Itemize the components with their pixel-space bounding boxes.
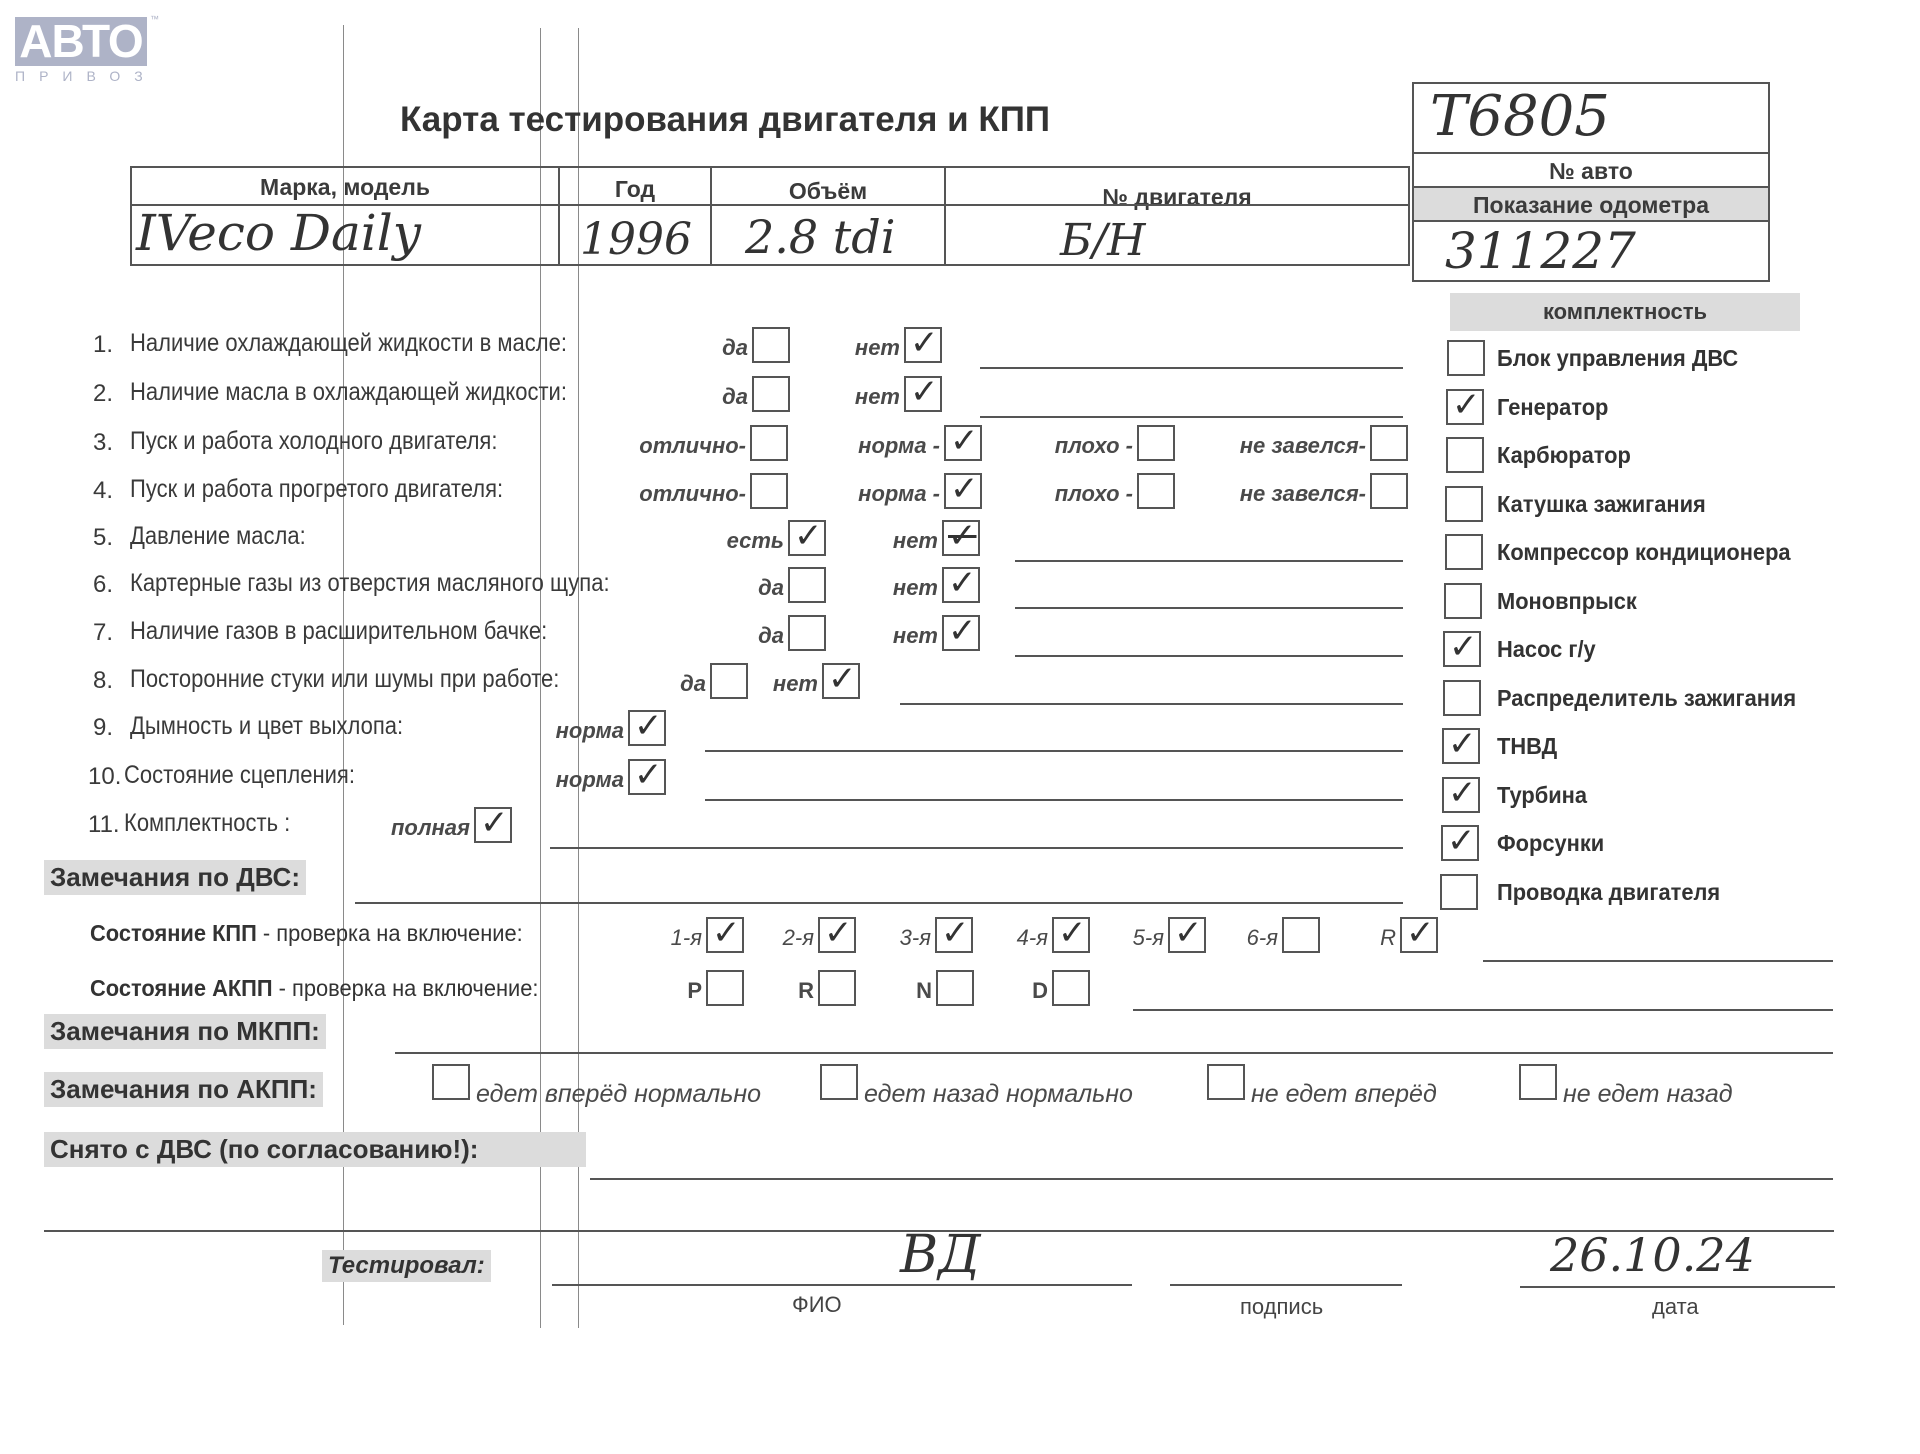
completeness-item-label: Компрессор кондиционера [1497, 539, 1791, 566]
option-label: плохо - [1055, 433, 1133, 459]
option-checkbox[interactable]: ✓ [942, 520, 980, 556]
completeness-checkbox[interactable] [1443, 680, 1481, 716]
auto-remark-checkbox[interactable] [432, 1064, 470, 1100]
position-checkbox[interactable] [936, 970, 974, 1006]
completeness-checkbox[interactable]: ✓ [1442, 728, 1480, 764]
volume-value[interactable]: 2.8 tdi [745, 210, 895, 264]
option-checkbox[interactable] [750, 425, 788, 461]
remarks-manual-field[interactable] [395, 1052, 1833, 1054]
option-checkbox[interactable] [788, 567, 826, 603]
row-number: 1. [93, 331, 113, 359]
gear-label: 3-я [900, 925, 931, 951]
date-value[interactable]: 26.10.24 [1550, 1228, 1755, 1282]
option-label: полная [391, 815, 470, 841]
engine-no-label: № двигателя [944, 184, 1410, 211]
option-label: да [758, 575, 784, 601]
auto-remark-checkbox[interactable] [1519, 1064, 1557, 1100]
remarks-engine-field[interactable] [355, 902, 1403, 904]
option-label: отлично- [639, 433, 746, 459]
notes-field[interactable] [1015, 655, 1403, 657]
year-label: Год [558, 176, 712, 203]
option-label: нет [855, 335, 900, 361]
auto-remark-label: едет вперёд нормально [476, 1080, 761, 1109]
option-checkbox[interactable]: ✓ [904, 376, 942, 412]
completeness-item-label: Распределитель зажигания [1497, 685, 1796, 712]
option-label: нет [893, 575, 938, 601]
option-checkbox[interactable] [752, 376, 790, 412]
row-label: Состояние сцепления: [124, 761, 355, 790]
gear-checkbox[interactable]: ✓ [706, 917, 744, 953]
gear-checkbox[interactable]: ✓ [1168, 917, 1206, 953]
removed-label: Снято с ДВС (по согласованию!): [44, 1132, 586, 1167]
auto-gearbox-label: Состояние АКПП - проверка на включение: [90, 975, 538, 1002]
checkmark-icon: ✓ [1448, 724, 1477, 764]
checkmark-icon: ✓ [950, 421, 979, 461]
auto-remark-label: едет назад нормально [864, 1080, 1133, 1109]
option-checkbox[interactable]: ✓ [474, 807, 512, 843]
manual-gearbox-label-bold: Состояние КПП [90, 920, 257, 946]
option-checkbox[interactable] [788, 615, 826, 651]
row-label: Посторонние стуки или шумы при работе: [130, 665, 559, 694]
row-label: Пуск и работа холодного двигателя: [130, 427, 497, 456]
car-no-value[interactable]: T6805 [1430, 84, 1610, 149]
notes-field[interactable] [980, 367, 1403, 369]
page-title: Карта тестирования двигателя и КПП [400, 100, 1050, 140]
checkmark-icon: ✓ [1406, 913, 1435, 953]
row-number: 7. [93, 619, 113, 647]
option-checkbox[interactable]: ✓ [944, 473, 982, 509]
checkmark-icon: ✓ [634, 706, 663, 746]
completeness-item-label: Турбина [1497, 782, 1587, 809]
checkmark-icon: ✓ [941, 913, 970, 953]
option-checkbox[interactable]: ✓ [942, 567, 980, 603]
completeness-item-label: Катушка зажигания [1497, 491, 1706, 518]
completeness-item-label: Моновпрыск [1497, 588, 1637, 615]
position-label: R [798, 978, 814, 1004]
option-checkbox[interactable]: ✓ [944, 425, 982, 461]
car-box-divider [1412, 152, 1770, 154]
option-checkbox[interactable] [1370, 473, 1408, 509]
row-label: Комплектность : [124, 809, 290, 838]
option-label: норма - [858, 433, 940, 459]
position-checkbox[interactable] [1052, 970, 1090, 1006]
position-checkbox[interactable] [818, 970, 856, 1006]
auto-remark-label: не едет вперёд [1251, 1080, 1437, 1109]
option-checkbox[interactable] [710, 663, 748, 699]
tested-by-label: Тестировал: [322, 1250, 491, 1282]
completeness-item-label: Генератор [1497, 394, 1608, 421]
completeness-item-label: Насос г/у [1497, 636, 1596, 663]
completeness-checkbox[interactable] [1446, 437, 1484, 473]
option-label: норма [556, 767, 624, 793]
year-value[interactable]: 1996 [580, 214, 692, 265]
option-checkbox[interactable]: ✓ [822, 663, 860, 699]
row-number: 3. [93, 429, 113, 457]
checkmark-icon: ✓ [948, 563, 977, 603]
gear-checkbox[interactable]: ✓ [818, 917, 856, 953]
completeness-item-label: Проводка двигателя [1497, 879, 1720, 906]
row-label: Давление масла: [130, 522, 306, 551]
manual-gearbox-label: Состояние КПП - проверка на включение: [90, 920, 523, 947]
option-label: отлично- [639, 481, 746, 507]
checkmark-icon: ✓ [910, 323, 939, 363]
auto-gearbox-label-bold: Состояние АКПП [90, 975, 273, 1001]
signature-field[interactable] [1170, 1284, 1402, 1286]
option-label: норма [556, 718, 624, 744]
removed-field[interactable] [590, 1178, 1833, 1180]
make-model-label: Марка, модель [130, 174, 560, 201]
row-number: 8. [93, 667, 113, 695]
option-checkbox[interactable] [1137, 425, 1175, 461]
checkmark-icon: ✓ [828, 659, 857, 699]
option-checkbox[interactable] [750, 473, 788, 509]
row-label: Наличие газов в расширительном бачке: [130, 617, 547, 646]
option-label: есть [727, 528, 784, 554]
date-field-line [1520, 1286, 1835, 1288]
manual-gearbox-label-rest: - проверка на включение: [257, 920, 523, 946]
checkmark-icon: ✓ [712, 913, 741, 953]
position-label: N [916, 978, 932, 1004]
checkmark-icon: ✓ [1452, 385, 1481, 425]
completeness-checkbox[interactable] [1447, 340, 1485, 376]
gear-checkbox[interactable]: ✓ [1400, 917, 1438, 953]
gear-label: 6-я [1247, 925, 1278, 951]
gear-label: 2-я [783, 925, 814, 951]
checkmark-icon: ✓ [824, 913, 853, 953]
option-label: нет [773, 671, 818, 697]
name-field-line [552, 1284, 1132, 1286]
auto-gearbox-label-rest: - проверка на включение: [273, 975, 539, 1001]
gear-checkbox[interactable]: ✓ [935, 917, 973, 953]
option-label: не завелся- [1240, 433, 1366, 459]
option-label: да [680, 671, 706, 697]
checkmark-icon: ✓ [480, 803, 509, 843]
gear-label: R [1380, 925, 1396, 951]
option-label: нет [893, 528, 938, 554]
option-checkbox[interactable] [1137, 473, 1175, 509]
option-checkbox[interactable]: ✓ [904, 327, 942, 363]
date-caption: дата [1652, 1294, 1699, 1320]
checkmark-icon: ✓ [1449, 627, 1478, 667]
row-label: Картерные газы из отверстия масляного щу… [130, 569, 610, 598]
notes-field[interactable] [705, 799, 1403, 801]
logo: АВТО [15, 17, 147, 66]
option-checkbox[interactable]: ✓ [628, 710, 666, 746]
option-label: нет [855, 384, 900, 410]
remarks-engine-label: Замечания по ДВС: [44, 860, 306, 895]
row-number: 11. [88, 811, 120, 839]
gear-label: 4-я [1017, 925, 1048, 951]
notes-field[interactable] [705, 750, 1403, 752]
option-label: нет [893, 623, 938, 649]
notes-field[interactable] [900, 703, 1403, 705]
row-label: Наличие охлаждающей жидкости в масле: [130, 329, 567, 358]
completeness-checkbox[interactable] [1440, 874, 1478, 910]
logo-subtitle: ПРИВОЗ [15, 68, 157, 84]
name-caption: ФИО [792, 1292, 842, 1318]
completeness-item-label: Карбюратор [1497, 442, 1631, 469]
tester-name-value[interactable]: ВД [900, 1225, 981, 1285]
gear-label: 5-я [1133, 925, 1164, 951]
logo-trademark: ™ [150, 14, 159, 24]
checkmark-icon: ✓ [948, 516, 977, 556]
checkmark-icon: ✓ [634, 755, 663, 795]
make-model-value[interactable]: IVeco Daily [136, 204, 421, 262]
option-checkbox[interactable] [1370, 425, 1408, 461]
engine-no-cell [944, 166, 1410, 266]
option-checkbox[interactable]: ✓ [942, 615, 980, 651]
position-label: P [687, 978, 702, 1004]
row-label: Пуск и работа прогретого двигателя: [130, 475, 503, 504]
row-number: 2. [93, 380, 113, 408]
auto-gearbox-notes-field[interactable] [1133, 1009, 1833, 1011]
gear-label: 1-я [671, 925, 702, 951]
row-number: 4. [93, 477, 113, 505]
volume-label: Объём [710, 178, 946, 205]
checkmark-icon: ✓ [1447, 821, 1476, 861]
checkmark-icon: ✓ [1448, 773, 1477, 813]
checkmark-icon: ✓ [794, 516, 823, 556]
completeness-item-label: Форсунки [1497, 830, 1604, 857]
completeness-title: комплектность [1450, 299, 1800, 325]
option-checkbox[interactable]: ✓ [788, 520, 826, 556]
odometer-value[interactable]: 311227 [1445, 222, 1636, 280]
notes-field[interactable] [1015, 607, 1403, 609]
notes-field[interactable] [1015, 560, 1403, 562]
gear-checkbox[interactable] [1282, 917, 1320, 953]
row-number: 5. [93, 524, 113, 552]
option-checkbox[interactable]: ✓ [628, 759, 666, 795]
manual-gearbox-notes-field[interactable] [1483, 960, 1833, 962]
checkmark-icon: ✓ [1174, 913, 1203, 953]
completeness-checkbox[interactable]: ✓ [1442, 777, 1480, 813]
row-number: 9. [93, 714, 113, 742]
engine-no-value[interactable]: Б/Н [1060, 215, 1146, 266]
completeness-checkbox[interactable] [1444, 583, 1482, 619]
row-label: Наличие масла в охлаждающей жидкости: [130, 378, 567, 407]
option-label: да [722, 335, 748, 361]
checkmark-icon: ✓ [948, 611, 977, 651]
option-checkbox[interactable] [752, 327, 790, 363]
checkmark-icon: ✓ [950, 469, 979, 509]
checkmark-icon: ✓ [910, 372, 939, 412]
notes-field[interactable] [550, 847, 1403, 849]
option-label: плохо - [1055, 481, 1133, 507]
completeness-checkbox[interactable] [1445, 534, 1483, 570]
row-label: Дымность и цвет выхлопа: [130, 712, 403, 741]
option-label: да [722, 384, 748, 410]
odometer-label: Показание одометра [1412, 192, 1770, 219]
row-number: 10. [88, 763, 121, 791]
completeness-checkbox[interactable]: ✓ [1441, 825, 1479, 861]
gear-checkbox[interactable]: ✓ [1052, 917, 1090, 953]
checkmark-icon: ✓ [1058, 913, 1087, 953]
position-label: D [1032, 978, 1048, 1004]
notes-field[interactable] [980, 416, 1403, 418]
completeness-item-label: Блок управления ДВС [1497, 345, 1738, 372]
remarks-auto-label: Замечания по АКПП: [44, 1072, 323, 1107]
auto-remark-checkbox[interactable] [820, 1064, 858, 1100]
option-label: не завелся- [1240, 481, 1366, 507]
remarks-manual-label: Замечания по МКПП: [44, 1014, 326, 1049]
completeness-checkbox[interactable]: ✓ [1443, 631, 1481, 667]
option-label: норма - [858, 481, 940, 507]
auto-remark-checkbox[interactable] [1207, 1064, 1245, 1100]
option-label: да [758, 623, 784, 649]
auto-remark-label: не едет назад [1563, 1080, 1733, 1109]
completeness-item-label: ТНВД [1497, 733, 1557, 760]
position-checkbox[interactable] [706, 970, 744, 1006]
row-number: 6. [93, 571, 113, 599]
signature-caption: подпись [1240, 1294, 1323, 1320]
completeness-checkbox[interactable]: ✓ [1446, 389, 1484, 425]
car-no-label: № авто [1412, 158, 1770, 185]
completeness-checkbox[interactable] [1445, 486, 1483, 522]
